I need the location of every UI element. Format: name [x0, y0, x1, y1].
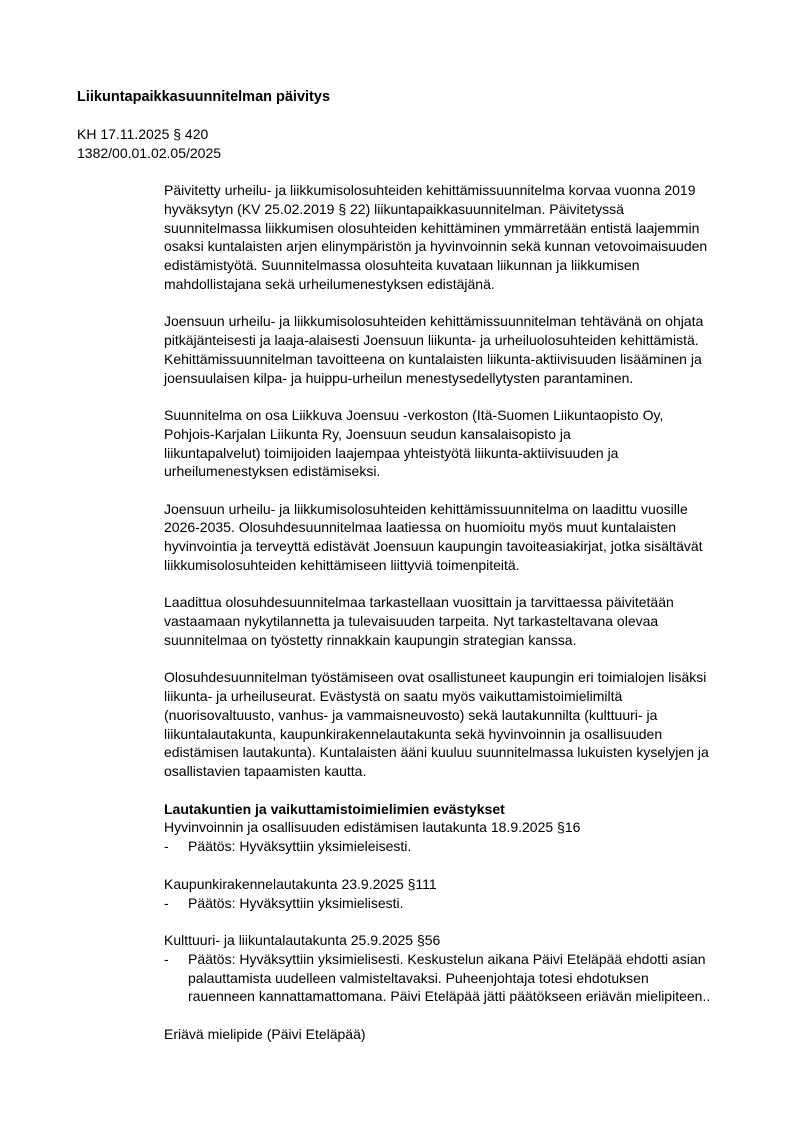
decision-text: Päätös: Hyväksyttiin yksimielisesti. Kes… [188, 950, 764, 969]
text-line: liikkumisolosuhteiden kehittämiseen liit… [164, 556, 764, 575]
decision-text: Päätös: Hyväksyttiin yksimieleisesti. [188, 837, 764, 856]
board-entry: Kulttuuri- ja liikuntalautakunta 25.9.20… [164, 931, 764, 1006]
board-entry: Hyvinvoinnin ja osallisuuden edistämisen… [164, 818, 764, 856]
decision-bullet: - Päätös: Hyväksyttiin yksimielisesti. K… [164, 950, 764, 1006]
text-line: Olosuhdesuunnitelman työstämiseen ovat o… [164, 668, 764, 687]
text-line: mahdollistajana sekä urheilumenestyksen … [164, 275, 764, 294]
decision-text: rauenneen kannattamattomana. Päivi Etelä… [188, 987, 764, 1006]
text-line: suunnitelmassa liikkumisen olosuhteiden … [164, 219, 764, 238]
decision-text: Päätös: Hyväksyttiin yksimielisesti. [188, 894, 764, 913]
decision-bullet: - Päätös: Hyväksyttiin yksimieleisesti. [164, 837, 764, 856]
text-line: pitkäjänteisesti ja laaja-alaisesti Joen… [164, 331, 764, 350]
text-line: Päivitetty urheilu- ja liikkumisolosuhte… [164, 181, 764, 200]
text-line: Joensuun urheilu- ja liikkumisolosuhteid… [164, 500, 764, 519]
text-line: hyväksytyn (KV 25.02.2019 § 22) liikunta… [164, 200, 764, 219]
text-line: liikuntalautakunta, kaupunkirakennelauta… [164, 725, 764, 744]
text-line: Suunnitelma on osa Liikkuva Joensuu -ver… [164, 406, 764, 425]
text-line: vastaamaan nykytilannetta ja tulevaisuud… [164, 612, 764, 631]
paragraph-network: Suunnitelma on osa Liikkuva Joensuu -ver… [164, 406, 764, 481]
meeting-reference: KH 17.11.2025 § 420 [77, 125, 221, 144]
board-name: Kulttuuri- ja liikuntalautakunta 25.9.20… [164, 931, 764, 950]
text-line: hyvinvointia ja terveyttä edistävät Joen… [164, 537, 764, 556]
document-meta: KH 17.11.2025 § 420 1382/00.01.02.05/202… [77, 125, 221, 163]
paragraph-review: Laadittua olosuhdesuunnitelmaa tarkastel… [164, 593, 764, 649]
text-line: edistämisen lautakunta). Kuntalaisten ää… [164, 743, 764, 762]
paragraph-participation: Olosuhdesuunnitelman työstämiseen ovat o… [164, 668, 764, 781]
text-line: osallistavien tapaamisten kautta. [164, 762, 764, 781]
record-number: 1382/00.01.02.05/2025 [77, 144, 221, 163]
text-line: Laadittua olosuhdesuunnitelmaa tarkastel… [164, 593, 764, 612]
text-line: joensuulaisen kilpa- ja huippu-urheilun … [164, 369, 764, 388]
board-name: Kaupunkirakennelautakunta 23.9.2025 §111 [164, 875, 764, 894]
bullet-dash: - [164, 894, 188, 913]
text-line: suunnitelmaa on työstetty rinnakkain kau… [164, 631, 764, 650]
text-line: liikuntapalvelut) toimijoiden laajempaa … [164, 444, 764, 463]
text-line: urheilumenestyksen edistämiseksi. [164, 462, 764, 481]
board-name: Hyvinvoinnin ja osallisuuden edistämisen… [164, 818, 764, 837]
paragraph-plan-purpose: Joensuun urheilu- ja liikkumisolosuhteid… [164, 312, 764, 387]
document-title: Liikuntapaikkasuunnitelman päivitys [77, 88, 330, 107]
section-board-feedback: Lautakuntien ja vaikuttamistoimielimien … [164, 800, 764, 1044]
decision-bullet: - Päätös: Hyväksyttiin yksimielisesti. [164, 894, 764, 913]
text-line: liikunta- ja urheiluseurat. Evästystä on… [164, 687, 764, 706]
paragraph-plan-period: Joensuun urheilu- ja liikkumisolosuhteid… [164, 500, 764, 575]
text-line: Joensuun urheilu- ja liikkumisolosuhteid… [164, 312, 764, 331]
decision-text: palauttamista uudelleen valmisteltavaksi… [188, 969, 764, 988]
text-line: edistämistyötä. Suunnitelmassa olosuhtei… [164, 256, 764, 275]
text-line: (nuorisovaltuusto, vanhus- ja vammaisneu… [164, 706, 764, 725]
text-line: Kehittämissuunnitelman tavoitteena on ku… [164, 350, 764, 369]
document-body: Päivitetty urheilu- ja liikkumisolosuhte… [164, 181, 764, 1044]
text-line: Pohjois-Karjalan Liikunta Ry, Joensuun s… [164, 425, 764, 444]
bullet-dash: - [164, 837, 188, 856]
section-heading: Lautakuntien ja vaikuttamistoimielimien … [164, 800, 764, 819]
board-entry: Kaupunkirakennelautakunta 23.9.2025 §111… [164, 875, 764, 913]
text-line: 2026-2035. Olosuhdesuunnitelmaa laatiess… [164, 518, 764, 537]
bullet-dash: - [164, 950, 188, 1006]
paragraph-update-summary: Päivitetty urheilu- ja liikkumisolosuhte… [164, 181, 764, 294]
text-line: osaksi kuntalaisten arjen elinympäristön… [164, 237, 764, 256]
dissenting-opinion-heading: Eriävä mielipide (Päivi Eteläpää) [164, 1025, 764, 1044]
